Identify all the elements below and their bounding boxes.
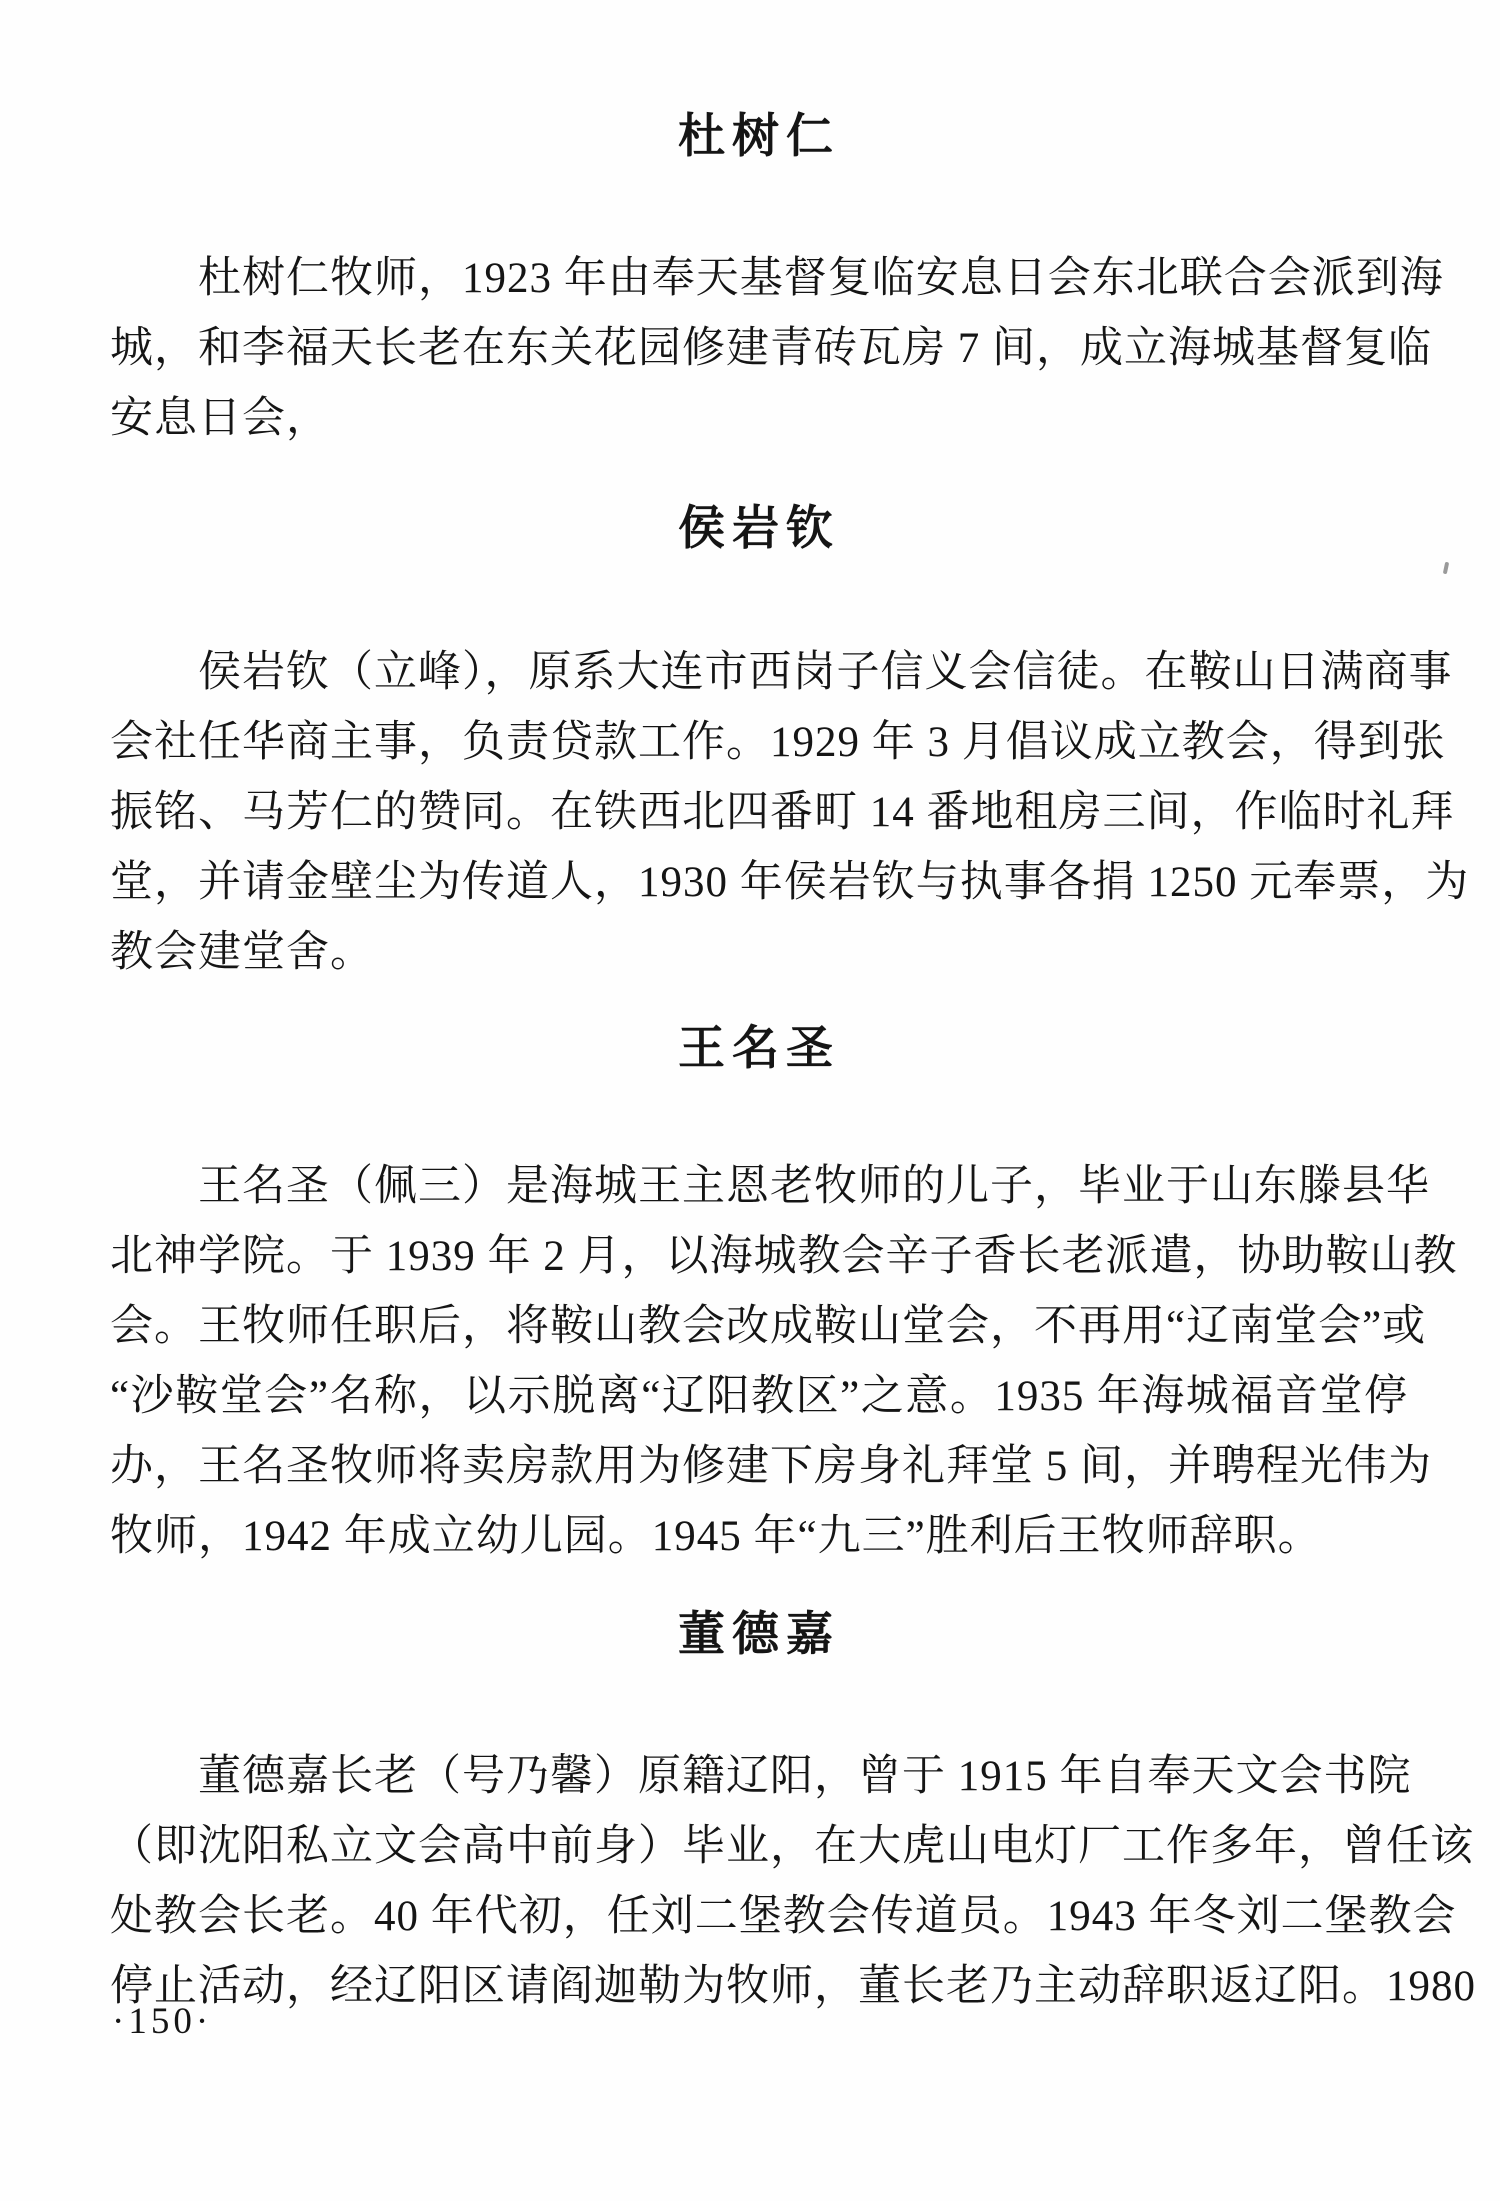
section-heading-du-shuren: 杜树仁 (110, 110, 1408, 164)
paragraph-line: 处教会长老。40 年代初，任刘二堡教会传道员。1943 年冬刘二堡教会 (110, 1882, 1408, 1952)
section-paragraph: 侯岩钦（立峰），原系大连市西岗子信义会信徒。在鞍山日满商事 会社任华商主事，负责… (110, 638, 1408, 988)
paragraph-line: 会。王牧师任职后，将鞍山教会改成鞍山堂会，不再用“辽南堂会”或 (110, 1292, 1408, 1362)
paragraph-line: 会社任华商主事，负责贷款工作。1929 年 3 月倡议成立教会，得到张 (110, 708, 1408, 778)
paragraph-line: 教会建堂舍。 (110, 918, 1408, 988)
paragraph-line: （即沈阳私立文会高中前身）毕业，在大虎山电灯厂工作多年，曾任该 (110, 1812, 1408, 1882)
page-number: ·150· (112, 2000, 212, 2044)
scanned-page: 杜树仁 杜树仁牧师，1923 年由奉天基督复临安息日会东北联合会派到海 城，和李… (0, 0, 1500, 2201)
section-paragraph: 杜树仁牧师，1923 年由奉天基督复临安息日会东北联合会派到海 城，和李福天长老… (110, 244, 1408, 454)
paragraph-line: 北神学院。于 1939 年 2 月，以海城教会辛子香长老派遣，协助鞍山教 (110, 1222, 1408, 1292)
paragraph-line: 牧师，1942 年成立幼儿园。1945 年“九三”胜利后王牧师辞职。 (110, 1502, 1408, 1572)
paragraph-line: 振铭、马芳仁的赞同。在铁西北四番町 14 番地租房三间，作临时礼拜 (110, 778, 1408, 848)
paragraph-line: 堂，并请金壁尘为传道人，1930 年侯岩钦与执事各捐 1250 元奉票，为 (110, 848, 1408, 918)
section-paragraph: 董德嘉长老（号乃馨）原籍辽阳，曾于 1915 年自奉天文会书院 （即沈阳私立文会… (110, 1742, 1408, 2022)
paragraph-line: 董德嘉长老（号乃馨）原籍辽阳，曾于 1915 年自奉天文会书院 (110, 1742, 1408, 1812)
paragraph-line: 停止活动，经辽阳区请阎迦勒为牧师，董长老乃主动辞职返辽阳。1980 (110, 1952, 1408, 2022)
section-heading-wang-mingsheng: 王名圣 (110, 1022, 1408, 1076)
paragraph-line: “沙鞍堂会”名称，以示脱离“辽阳教区”之意。1935 年海城福音堂停 (110, 1362, 1408, 1432)
paragraph-line: 城，和李福天长老在东关花园修建青砖瓦房 7 间，成立海城基督复临 (110, 314, 1408, 384)
section-paragraph: 王名圣（佩三）是海城王主恩老牧师的儿子，毕业于山东滕县华 北神学院。于 1939… (110, 1152, 1408, 1572)
paragraph-line: 办，王名圣牧师将卖房款用为修建下房身礼拜堂 5 间，并聘程光伟为 (110, 1432, 1408, 1502)
section-heading-hou-yanqin: 侯岩钦 (110, 502, 1408, 556)
paragraph-line: 安息日会， (110, 384, 1408, 454)
scan-speck (1443, 562, 1449, 575)
paragraph-line: 杜树仁牧师，1923 年由奉天基督复临安息日会东北联合会派到海 (110, 244, 1408, 314)
section-heading-dong-dejia: 董德嘉 (110, 1608, 1408, 1662)
paragraph-line: 侯岩钦（立峰），原系大连市西岗子信义会信徒。在鞍山日满商事 (110, 638, 1408, 708)
paragraph-line: 王名圣（佩三）是海城王主恩老牧师的儿子，毕业于山东滕县华 (110, 1152, 1408, 1222)
